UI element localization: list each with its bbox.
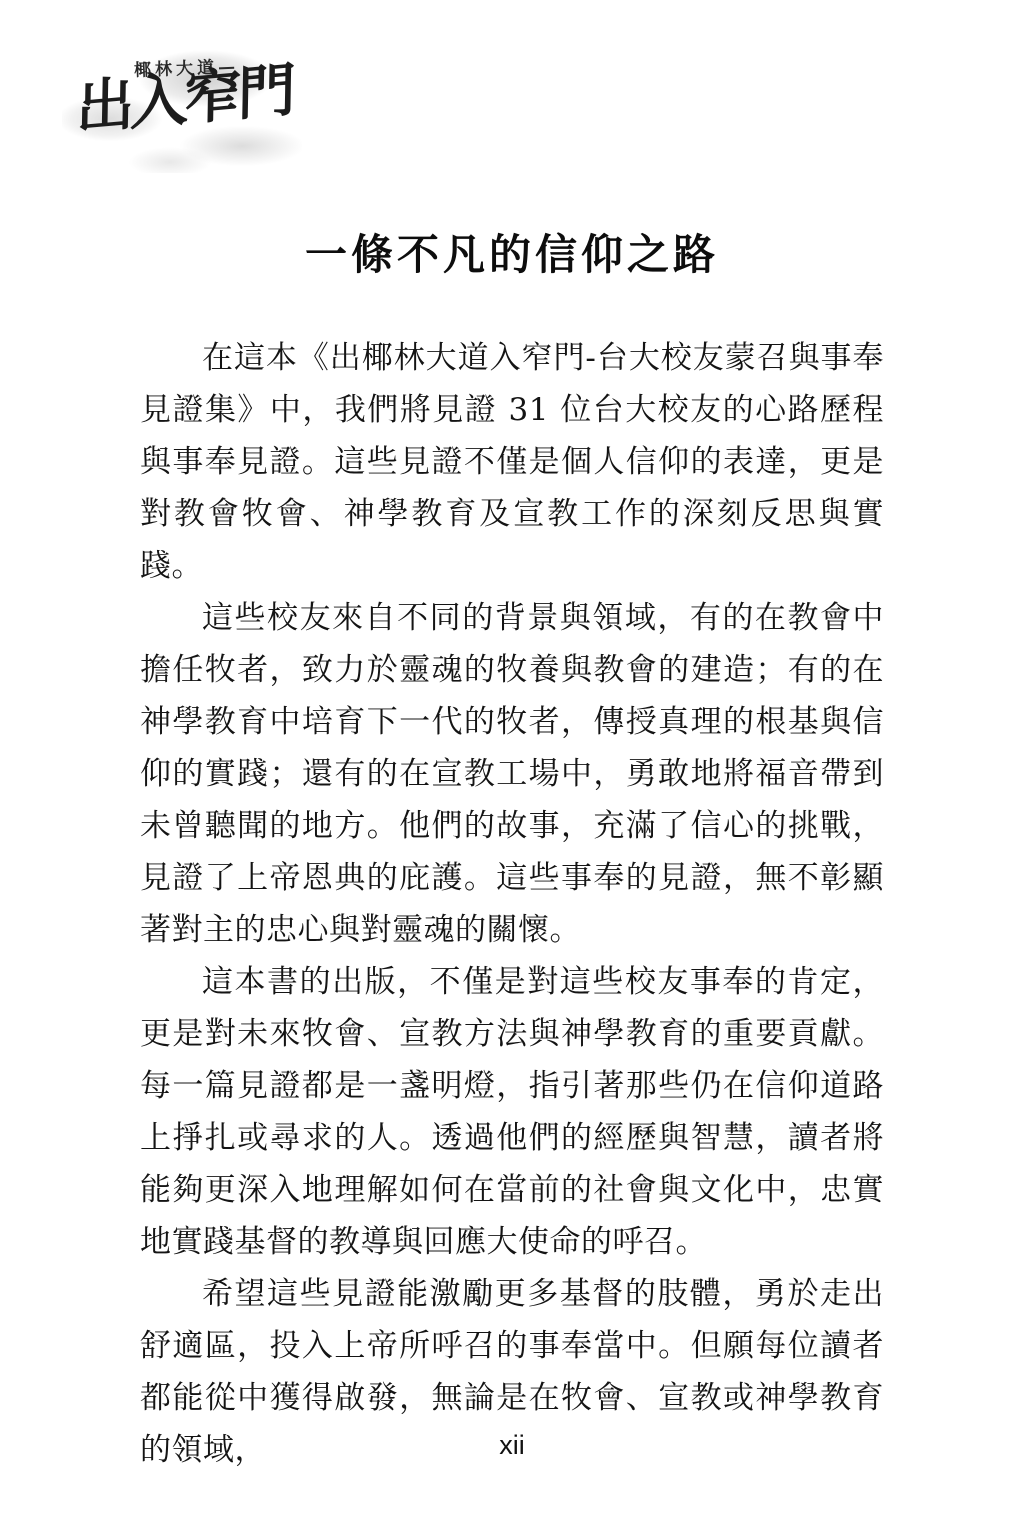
page-title: 一條不凡的信仰之路	[0, 222, 1024, 282]
logo-calligraphy: 出入窄門	[76, 60, 292, 137]
book-page: 椰林大道— 出入窄門 一條不凡的信仰之路 在這本《出椰林大道入窄門-台大校友蒙召…	[0, 0, 1024, 1530]
paragraph-3: 這本書的出版，不僅是對這些校友事奉的肯定，更是對未來牧會、宣教方法與神學教育的重…	[140, 956, 884, 1268]
paragraph-1: 在這本《出椰林大道入窄門-台大校友蒙召與事奉見證集》中，我們將見證 31 位台大…	[140, 332, 884, 592]
page-number: xii	[0, 1430, 1024, 1461]
body-text: 在這本《出椰林大道入窄門-台大校友蒙召與事奉見證集》中，我們將見證 31 位台大…	[140, 332, 884, 1476]
book-logo: 椰林大道— 出入窄門	[72, 38, 292, 173]
paragraph-2: 這些校友來自不同的背景與領域，有的在教會中擔任牧者，致力於靈魂的牧養與教會的建造…	[140, 592, 884, 956]
